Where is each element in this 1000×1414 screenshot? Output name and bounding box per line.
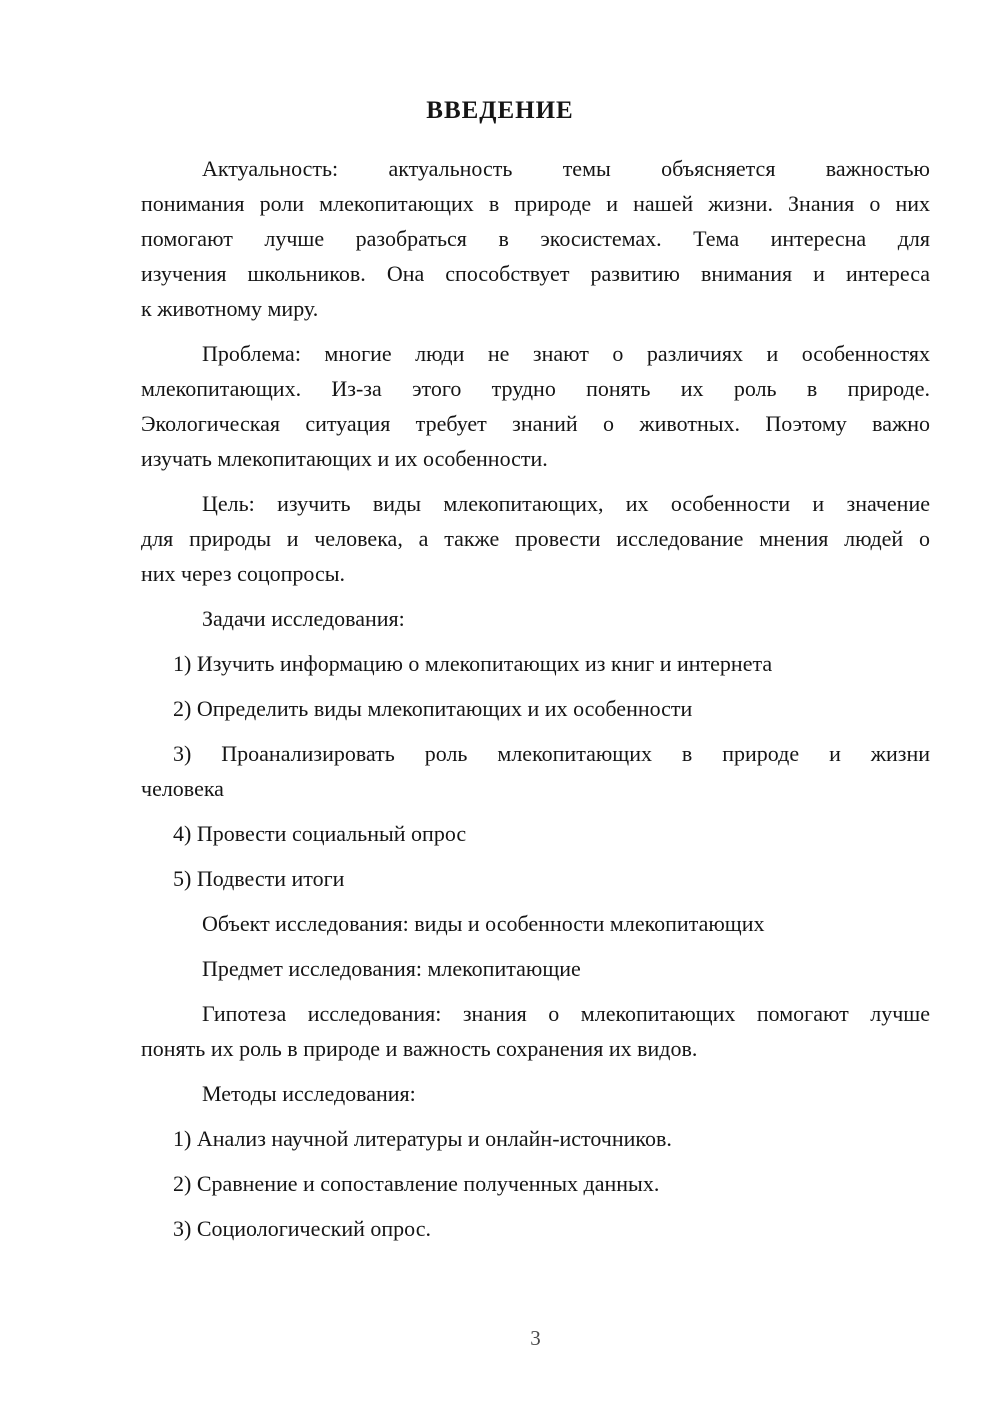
text-line: к животному миру. <box>141 291 930 326</box>
list-item: 3) Проанализировать роль млекопитающих в… <box>141 736 930 806</box>
paragraph: Цель: изучить виды млекопитающих, их осо… <box>141 486 930 591</box>
text-line: Гипотеза исследования: знания о млекопит… <box>141 996 930 1031</box>
text-line: человека <box>141 771 930 806</box>
paragraph: Проблема: многие люди не знают о различи… <box>141 336 930 476</box>
text-line: Задачи исследования: <box>141 601 930 636</box>
text-line: 3) Социологический опрос. <box>141 1211 930 1246</box>
text-line: Проблема: многие люди не знают о различи… <box>141 336 930 371</box>
text-line: 3) Проанализировать роль млекопитающих в… <box>141 736 930 771</box>
text-line: Цель: изучить виды млекопитающих, их осо… <box>141 486 930 521</box>
list-item: 1) Изучить информацию о млекопитающих из… <box>141 646 930 681</box>
text-line: Объект исследования: виды и особенности … <box>141 906 930 941</box>
paragraph: Предмет исследования: млекопитающие <box>141 951 930 986</box>
paragraph: Актуальность: актуальность темы объясняе… <box>141 151 930 326</box>
page-number: 3 <box>141 1326 930 1351</box>
text-line: понять их роль в природе и важность сохр… <box>141 1031 930 1066</box>
text-line: млекопитающих. Из-за этого трудно понять… <box>141 371 930 406</box>
text-line: изучения школьников. Она способствует ра… <box>141 256 930 291</box>
text-line: для природы и человека, а также провести… <box>141 521 930 556</box>
text-line: понимания роли млекопитающих в природе и… <box>141 186 930 221</box>
text-line: них через соцопросы. <box>141 556 930 591</box>
text-line: 2) Сравнение и сопоставление полученных … <box>141 1166 930 1201</box>
list-item: 5) Подвести итоги <box>141 861 930 896</box>
text-line: 5) Подвести итоги <box>141 861 930 896</box>
paragraph: Методы исследования: <box>141 1076 930 1111</box>
list-item: 2) Определить виды млекопитающих и их ос… <box>141 691 930 726</box>
text-line: Актуальность: актуальность темы объясняе… <box>141 151 930 186</box>
text-line: Экологическая ситуация требует знаний о … <box>141 406 930 441</box>
list-item: 1) Анализ научной литературы и онлайн-ис… <box>141 1121 930 1156</box>
text-line: 4) Провести социальный опрос <box>141 816 930 851</box>
paragraph: Гипотеза исследования: знания о млекопит… <box>141 996 930 1066</box>
document-page: ВВЕДЕНИЕ Актуальность: актуальность темы… <box>0 0 1000 1414</box>
page-title: ВВЕДЕНИЕ <box>0 0 1000 125</box>
document-body: Актуальность: актуальность темы объясняе… <box>141 151 930 1246</box>
list-item: 3) Социологический опрос. <box>141 1211 930 1246</box>
text-line: изучать млекопитающих и их особенности. <box>141 441 930 476</box>
text-line: Предмет исследования: млекопитающие <box>141 951 930 986</box>
list-item: 4) Провести социальный опрос <box>141 816 930 851</box>
text-line: 1) Анализ научной литературы и онлайн-ис… <box>141 1121 930 1156</box>
text-line: 1) Изучить информацию о млекопитающих из… <box>141 646 930 681</box>
text-line: Методы исследования: <box>141 1076 930 1111</box>
list-item: 2) Сравнение и сопоставление полученных … <box>141 1166 930 1201</box>
paragraph: Объект исследования: виды и особенности … <box>141 906 930 941</box>
paragraph: Задачи исследования: <box>141 601 930 636</box>
text-line: помогают лучше разобраться в экосистемах… <box>141 221 930 256</box>
text-line: 2) Определить виды млекопитающих и их ос… <box>141 691 930 726</box>
